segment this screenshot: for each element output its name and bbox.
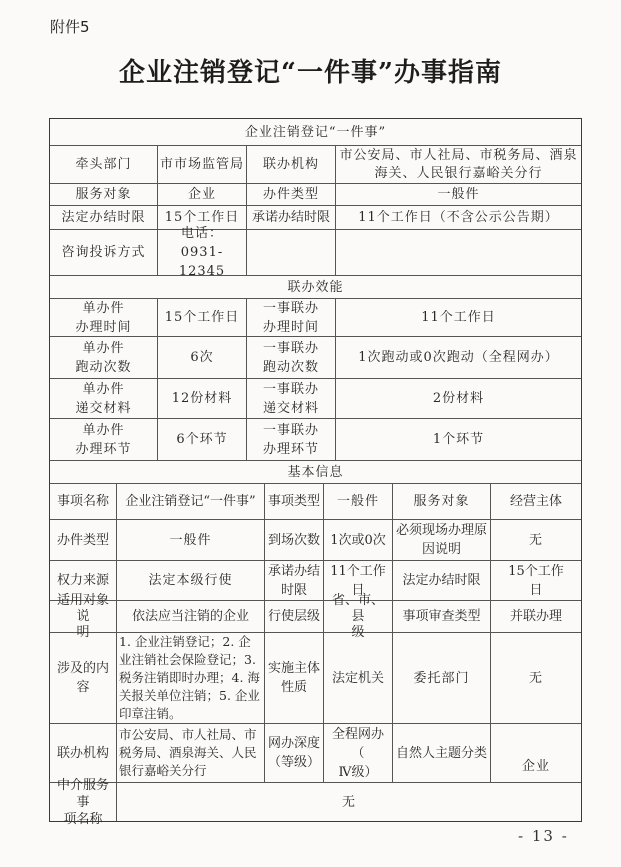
- cell-label: 自然人主题分类: [393, 724, 491, 783]
- cell-label: 一事联办 跑动次数: [247, 337, 336, 379]
- cell-value: 11个工作日: [336, 299, 581, 337]
- cell-label: 服务对象: [50, 184, 158, 206]
- cell-label: 牵头部门: [50, 146, 158, 184]
- attachment-label: 附件5: [50, 16, 90, 37]
- cell-label: 办件类型: [50, 520, 117, 561]
- cell-value: 经营主体: [491, 484, 581, 520]
- cell-value: 企业: [158, 184, 247, 206]
- cell-value: 2份材料: [336, 379, 581, 419]
- cell-label: 到场次数: [265, 520, 324, 561]
- cell-value: 一般件: [336, 184, 581, 206]
- cell-value: 全程网办（ Ⅳ级）: [324, 724, 393, 783]
- cell-label: 办件类型: [247, 184, 336, 206]
- cell-label: 事项审查类型: [393, 601, 491, 633]
- cell-value: 一般件: [117, 520, 265, 561]
- page-number: - 13 -: [518, 827, 569, 845]
- cell-value: 企业: [491, 724, 581, 783]
- cell-value: 省、市、县 级: [324, 601, 393, 633]
- cell-label: 联办机构: [247, 146, 336, 184]
- cell-value: 企业注销登记“一件事”: [117, 484, 265, 520]
- cell-label: 联办机构: [50, 724, 117, 783]
- cell-value: 6次: [158, 337, 247, 379]
- cell-label: 单办件 跑动次数: [50, 337, 158, 379]
- cell-empty: [247, 230, 336, 276]
- cell-label: 事项类型: [265, 484, 324, 520]
- cell-value: 1次或0次: [324, 520, 393, 561]
- cell-label: 中介服务事 项名称: [50, 783, 117, 821]
- cell-label: 法定办结时限: [393, 561, 491, 601]
- cell-value: 市公安局、市人社局、市税务局、酒泉海关、人民银行嘉峪关分行: [336, 146, 581, 184]
- cell-value: 1. 企业注销登记；2. 企业注销社会保险登记；3. 税务注销即时办理；4. 海…: [117, 633, 265, 724]
- cell-value: 市公安局、市人社局、市税务局、酒泉海关、人民银行嘉峪关分行: [117, 724, 265, 783]
- cell-label: 咨询投诉方式: [50, 230, 158, 276]
- cell-label: 一事联办 办理环节: [247, 419, 336, 461]
- cell-label: 承诺办结 时限: [265, 561, 324, 601]
- cell-label: 网办深度 （等级）: [265, 724, 324, 783]
- cell-label: 一事联办 办理时间: [247, 299, 336, 337]
- cell-value: 电话： 0931-12345: [158, 230, 247, 276]
- cell-value: 法定本级行使: [117, 561, 265, 601]
- section-heading-efficiency: 联办效能: [50, 276, 581, 299]
- cell-value: 一般件: [324, 484, 393, 520]
- cell-value: 市市场监管局: [158, 146, 247, 184]
- section-heading-item: 企业注销登记“一件事”: [50, 119, 581, 146]
- cell-label: 承诺办结时限: [247, 206, 336, 230]
- cell-value: 并联办理: [491, 601, 581, 633]
- cell-value: 无: [491, 633, 581, 724]
- cell-label: 适用对象说 明: [50, 601, 117, 633]
- guide-table: 企业注销登记“一件事” 牵头部门 市市场监管局 联办机构 市公安局、市人社局、市…: [49, 118, 582, 822]
- cell-value: 1次跑动或0次跑动（全程网办）: [336, 337, 581, 379]
- cell-value: 11个工作日（不含公示公告期）: [336, 206, 581, 230]
- cell-empty: [336, 230, 581, 276]
- cell-label: 委托部门: [393, 633, 491, 724]
- cell-value: 法定机关: [324, 633, 393, 724]
- cell-label: 必须现场办理原 因说明: [393, 520, 491, 561]
- cell-label: 实施主体 性质: [265, 633, 324, 724]
- cell-value: 6个环节: [158, 419, 247, 461]
- cell-label: 法定办结时限: [50, 206, 158, 230]
- cell-label: 事项名称: [50, 484, 117, 520]
- cell-value: 12份材料: [158, 379, 247, 419]
- cell-value: 15个工作日: [158, 299, 247, 337]
- cell-label: 行使层级: [265, 601, 324, 633]
- cell-label: 单办件 办理环节: [50, 419, 158, 461]
- cell-value: 无: [491, 520, 581, 561]
- cell-label: 涉及的内容: [50, 633, 117, 724]
- cell-value: 1个环节: [336, 419, 581, 461]
- page-title: 企业注销登记“一件事”办事指南: [0, 52, 621, 89]
- cell-label: 单办件 递交材料: [50, 379, 158, 419]
- cell-value: 无: [117, 783, 581, 821]
- cell-value: 依法应当注销的企业: [117, 601, 265, 633]
- cell-label: 单办件 办理时间: [50, 299, 158, 337]
- cell-label: 服务对象: [393, 484, 491, 520]
- section-heading-basic-info: 基本信息: [50, 461, 581, 484]
- cell-label: 一事联办 递交材料: [247, 379, 336, 419]
- cell-value: 15个工作 日: [491, 561, 581, 601]
